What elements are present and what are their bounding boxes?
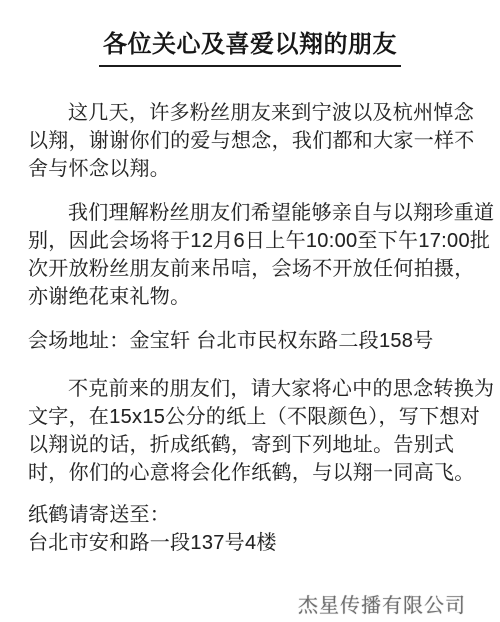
text-line: 时，你们的心意将会化作纸鹤，与以翔一同高飞。 [28, 459, 472, 487]
mailing-address: 台北市安和路一段137号4楼 [28, 529, 472, 557]
paragraph-thanks: 这几天，许多粉丝朋友来到宁波以及杭州悼念 以翔，谢谢你们的爱与想念，我们都和大家… [28, 99, 472, 183]
paragraph-paper-crane: 不克前来的朋友们，请大家将心中的思念转换为 文字，在15x15公分的纸上（不限颜… [28, 375, 472, 487]
company-signature: 杰星传播有限公司 [28, 594, 472, 618]
text-line: 以翔说的话，折成纸鹤，寄到下列地址。告别式 [28, 431, 472, 459]
text-line: 不克前来的朋友们，请大家将心中的思念转换为 [28, 375, 472, 403]
venue-address-line: 会场地址：金宝轩 台北市民权东路二段158号 [28, 327, 472, 355]
text-line: 舍与怀念以翔。 [28, 155, 472, 183]
text-line: 会场地址：金宝轩 台北市民权东路二段158号 [28, 327, 472, 355]
text-line: 亦谢绝花束礼物。 [28, 283, 472, 311]
document-title: 各位关心及喜爱以翔的朋友 [99, 31, 401, 67]
text-line: 文字，在15x15公分的纸上（不限颜色），写下想对 [28, 403, 472, 431]
title-container: 各位关心及喜爱以翔的朋友 [28, 0, 472, 67]
document-page: 各位关心及喜爱以翔的朋友 这几天，许多粉丝朋友来到宁波以及杭州悼念 以翔，谢谢你… [0, 0, 500, 622]
text-line: 我们理解粉丝朋友们希望能够亲自与以翔珍重道 [28, 199, 472, 227]
mailing-block: 纸鹤请寄送至： 台北市安和路一段137号4楼 [28, 501, 472, 557]
mailing-label: 纸鹤请寄送至： [28, 501, 472, 529]
text-line: 别，因此会场将于12月6日上午10:00至下午17:00批 [28, 227, 472, 255]
text-line: 次开放粉丝朋友前来吊唁，会场不开放任何拍摄， [28, 255, 472, 283]
text-line: 以翔，谢谢你们的爱与想念，我们都和大家一样不 [28, 127, 472, 155]
paragraph-memorial-info: 我们理解粉丝朋友们希望能够亲自与以翔珍重道 别，因此会场将于12月6日上午10:… [28, 199, 472, 311]
text-line: 这几天，许多粉丝朋友来到宁波以及杭州悼念 [28, 99, 472, 127]
